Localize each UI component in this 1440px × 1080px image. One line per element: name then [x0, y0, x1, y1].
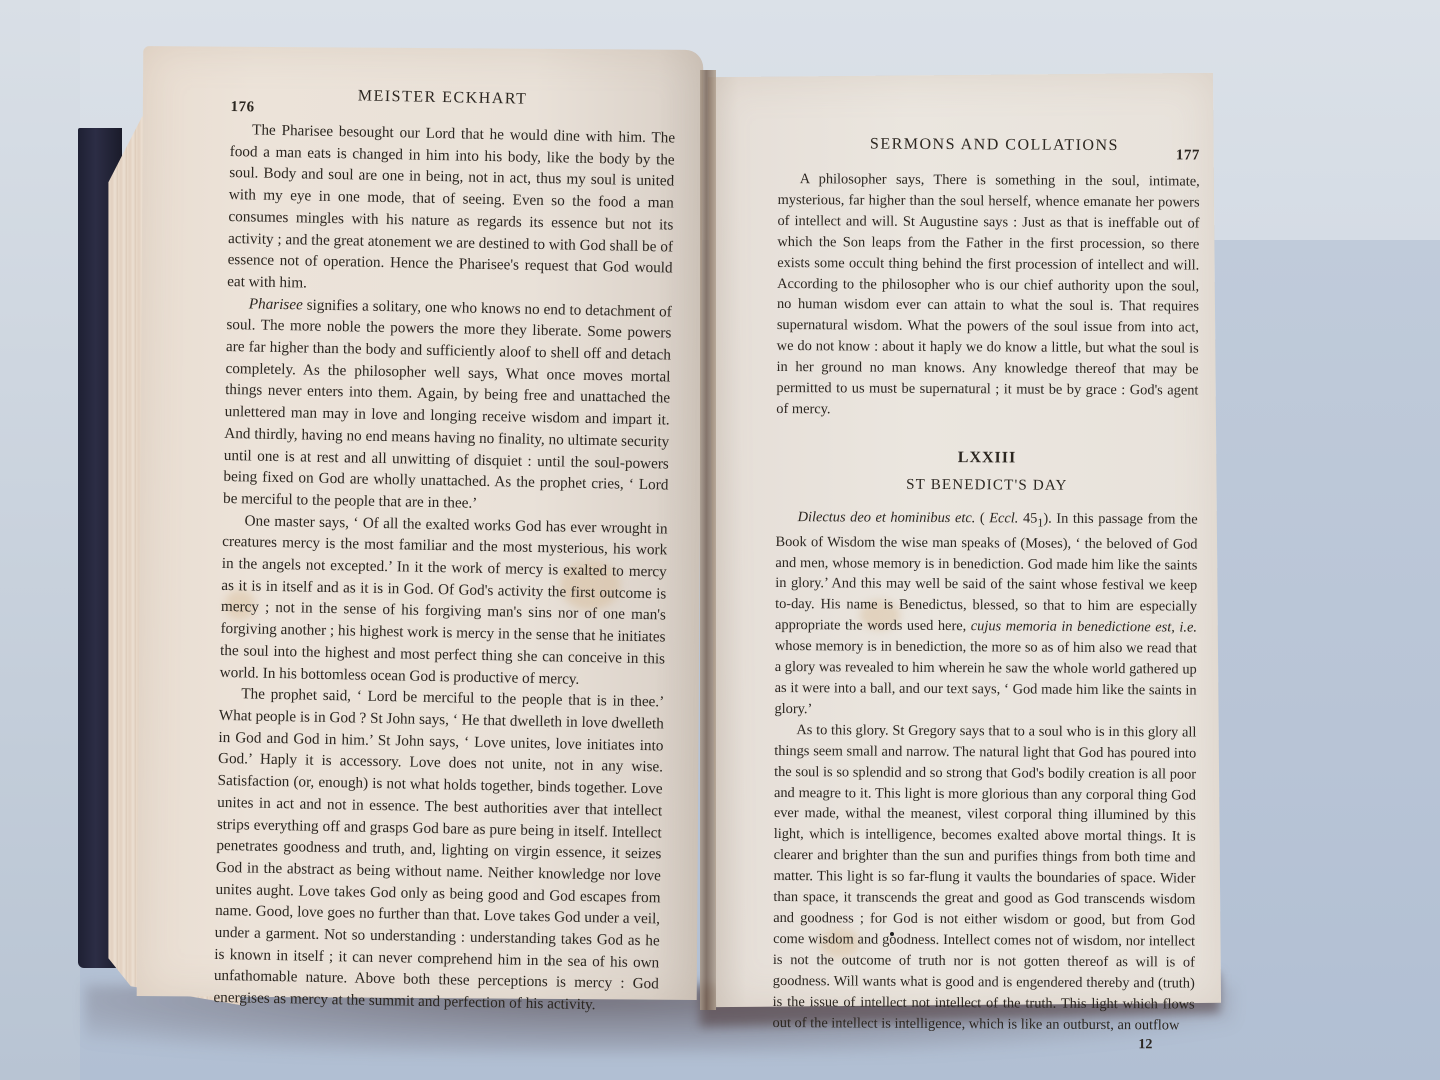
citation-ref: 45: [1018, 510, 1037, 526]
paragraph: As to this glory. St Gregory says that t…: [773, 720, 1197, 1036]
italic-term: Pharisee: [249, 295, 303, 313]
signature-mark: 12: [772, 1035, 1194, 1054]
paragraph: The prophet said, ‘ Lord be merciful to …: [213, 683, 664, 1017]
page-number: 177: [1176, 147, 1200, 164]
left-page-text: 176 MEISTER ECKHART The Pharisee besough…: [213, 85, 676, 1017]
latin-quote: Dilectus deo et hominibus etc.: [798, 509, 976, 526]
page-number: 176: [230, 99, 254, 116]
paragraph: Dilectus deo et hominibus etc. ( Eccl. 4…: [774, 507, 1197, 723]
paragraph-text: signifies a solitary, one who knows no e…: [223, 296, 672, 512]
paper-speck: [890, 932, 894, 936]
paragraph: Pharisee signifies a solitary, one who k…: [223, 293, 672, 519]
background-left: [0, 0, 80, 1080]
chapter-number: LXXIII: [776, 448, 1198, 469]
running-head: SERMONS AND COLLATIONS 177: [778, 135, 1200, 168]
latin-phrase: cujus memoria in benedictione est, i.e.: [971, 618, 1197, 635]
running-head-title: MEISTER ECKHART: [358, 87, 528, 108]
paragraph: The Pharisee besought our Lord that he w…: [227, 119, 675, 301]
paragraph-text: whose memory is in benediction, the more…: [774, 638, 1196, 717]
chapter-title: ST BENEDICT'S DAY: [776, 476, 1198, 496]
citation-close: ).: [1043, 511, 1051, 527]
right-page-text: SERMONS AND COLLATIONS 177 A philosopher…: [772, 135, 1200, 1054]
paragraph: One master says, ‘ Of all the exalted wo…: [220, 510, 668, 692]
running-head-title: SERMONS AND COLLATIONS: [870, 136, 1119, 156]
citation-open: (: [975, 510, 989, 526]
citation-book: Eccl.: [989, 510, 1018, 526]
paper-speck: [548, 962, 551, 965]
book-gutter: [700, 70, 716, 1010]
paragraph-text: In this passage from the Book of Wisdom …: [775, 511, 1198, 635]
paragraph: A philosopher says, There is something i…: [776, 169, 1200, 422]
